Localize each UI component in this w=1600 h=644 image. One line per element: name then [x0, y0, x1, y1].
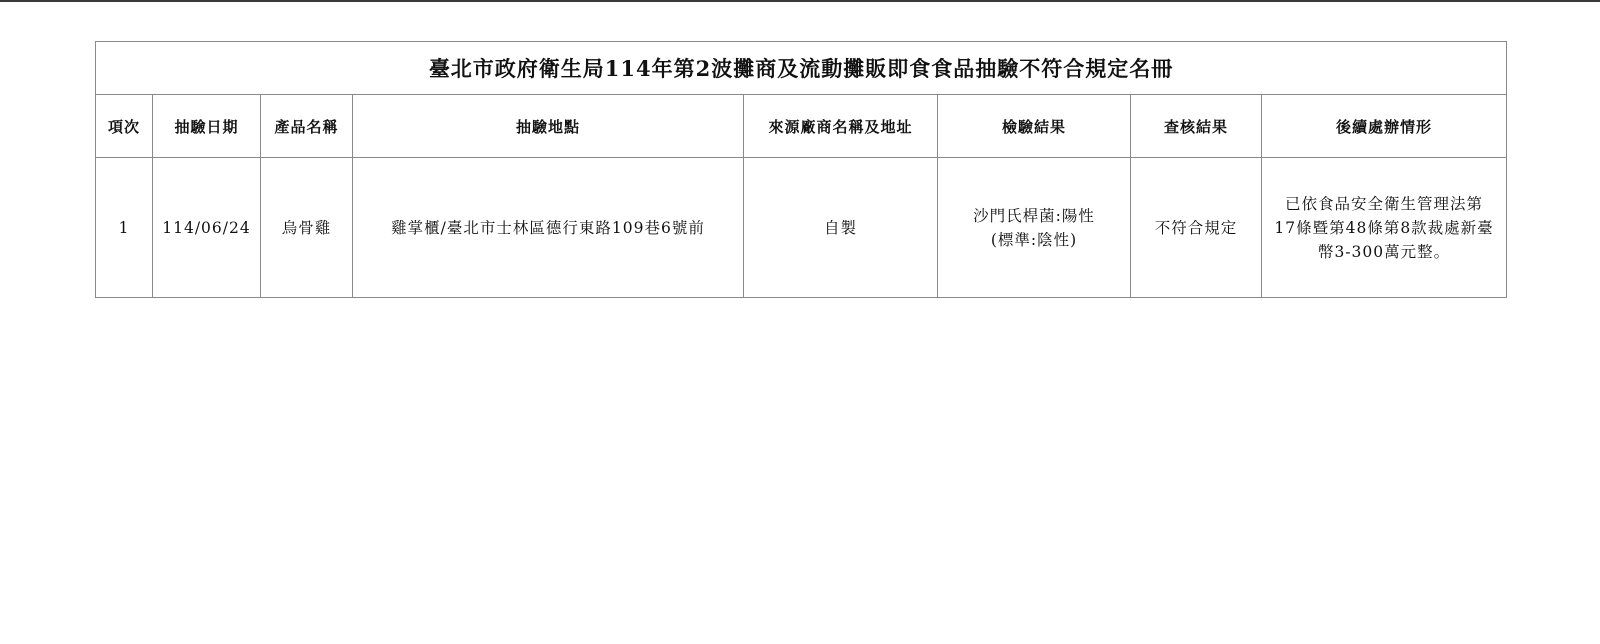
table-row: 1 114/06/24 烏骨雞 雞掌櫃/臺北市士林區德行東路109巷6號前 自製…: [96, 158, 1507, 298]
column-header-test-result: 檢驗結果: [938, 95, 1131, 158]
follow-up-line-3: 幣3-300萬元整。: [1266, 240, 1502, 264]
cell-index: 1: [96, 158, 153, 298]
cell-audit-result: 不符合規定: [1131, 158, 1262, 298]
column-header-location: 抽驗地點: [353, 95, 744, 158]
column-header-date: 抽驗日期: [153, 95, 261, 158]
follow-up-line-2: 17條暨第48條第8款裁處新臺: [1266, 216, 1502, 240]
cell-source: 自製: [744, 158, 938, 298]
test-result-standard: (標準:陰性): [942, 228, 1126, 252]
column-header-follow-up: 後續處辦情形: [1262, 95, 1507, 158]
column-header-source: 來源廠商名稱及地址: [744, 95, 938, 158]
cell-product: 烏骨雞: [261, 158, 353, 298]
header-row: 項次 抽驗日期 產品名稱 抽驗地點 來源廠商名稱及地址 檢驗結果 查核結果 後續…: [96, 95, 1507, 158]
test-result-line: 沙門氏桿菌:陽性: [942, 204, 1126, 228]
column-header-product: 產品名稱: [261, 95, 353, 158]
cell-date: 114/06/24: [153, 158, 261, 298]
noncompliance-list-table: 臺北市政府衛生局114年第2波攤商及流動攤販即食食品抽驗不符合規定名冊 項次 抽…: [95, 41, 1507, 298]
document-title: 臺北市政府衛生局114年第2波攤商及流動攤販即食食品抽驗不符合規定名冊: [96, 42, 1507, 95]
title-row: 臺北市政府衛生局114年第2波攤商及流動攤販即食食品抽驗不符合規定名冊: [96, 42, 1507, 95]
column-header-audit-result: 查核結果: [1131, 95, 1262, 158]
column-header-index: 項次: [96, 95, 153, 158]
cell-test-result: 沙門氏桿菌:陽性 (標準:陰性): [938, 158, 1131, 298]
follow-up-line-1: 已依食品安全衛生管理法第: [1266, 192, 1502, 216]
cell-location: 雞掌櫃/臺北市士林區德行東路109巷6號前: [353, 158, 744, 298]
top-border-bar: [0, 0, 1600, 2]
cell-follow-up: 已依食品安全衛生管理法第 17條暨第48條第8款裁處新臺 幣3-300萬元整。: [1262, 158, 1507, 298]
